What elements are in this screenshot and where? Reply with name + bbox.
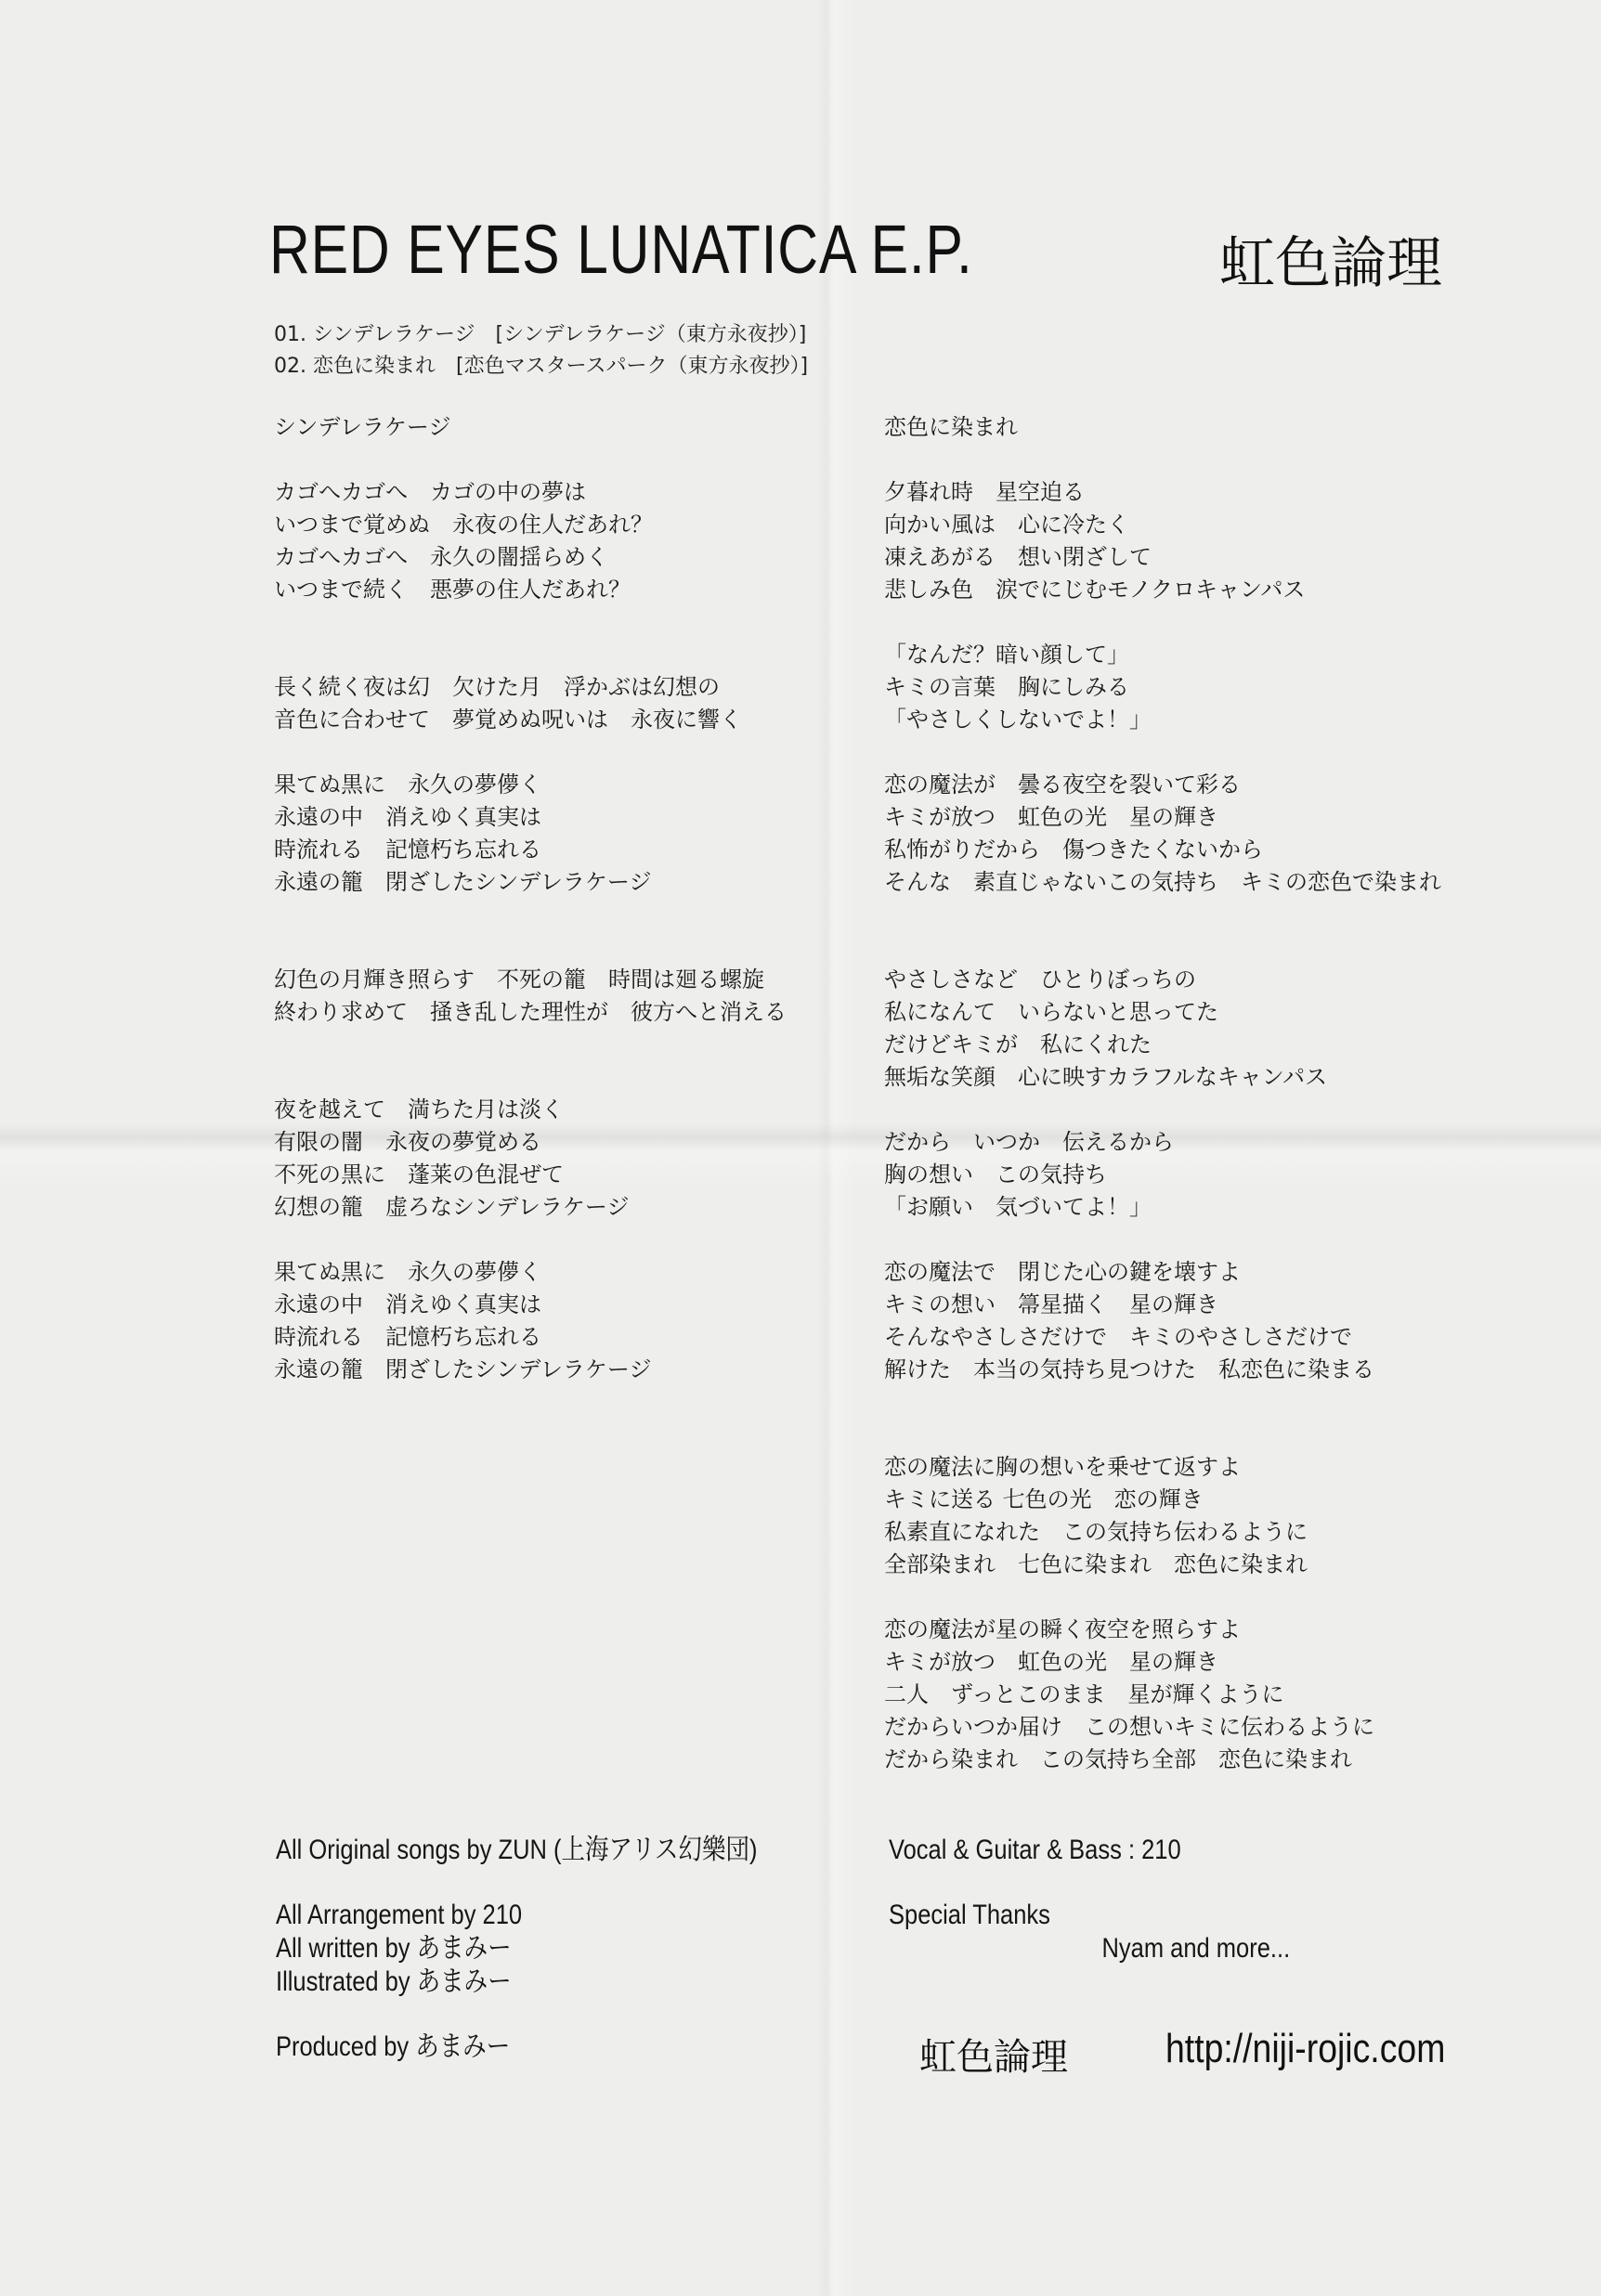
credit-arrangement: All Arrangement by 210	[276, 1899, 757, 1932]
lyric-line: キミの言葉 胸にしみる	[884, 671, 1441, 704]
footer-circle-name: 虹色論理	[919, 2028, 1068, 2081]
lyric-line: だからいつか届け この想いキミに伝わるように	[884, 1711, 1441, 1744]
stanza: 長く続く夜は幻 欠けた月 浮かぶは幻想の 音色に合わせて 夢覚めぬ呪いは 永夜に…	[274, 671, 787, 736]
lyric-line: 解けた 本当の気持ち見つけた 私恋色に染まる	[884, 1354, 1441, 1386]
stanza: 恋の魔法に胸の想いを乗せて返すよ キミに送る 七色の光 恋の輝き 私素直になれた…	[884, 1451, 1441, 1581]
stanza: やさしさなど ひとりぼっちの 私になんて いらないと思ってた だけどキミが 私に…	[884, 964, 1441, 1094]
lyric-line: 無垢な笑顔 心に映すカラフルなキャンパス	[884, 1061, 1441, 1094]
song-title: 恋色に染まれ	[884, 411, 1441, 444]
lyric-line: カゴへカゴへ 永久の闇揺らめく	[274, 541, 787, 574]
special-thanks-label: Special Thanks	[889, 1899, 1290, 1932]
lyric-line: 凍えあがる 想い閉ざして	[884, 541, 1441, 574]
stanza: 「なんだ？暗い顔して」 キミの言葉 胸にしみる 「やさしくしないでよ！」	[884, 639, 1441, 736]
lyric-line: 永遠の中 消えゆく真実は	[274, 1289, 787, 1321]
lyric-line: キミが放つ 虹色の光 星の輝き	[884, 1646, 1441, 1679]
lyric-line: 全部染まれ 七色に染まれ 恋色に染まれ	[884, 1549, 1441, 1581]
stanza: 夕暮れ時 星空迫る 向かい風は 心に冷たく 凍えあがる 想い閉ざして 悲しみ色 …	[884, 476, 1441, 606]
lyric-line: 二人 ずっとこのまま 星が輝くように	[884, 1679, 1441, 1711]
tracklist: 01. シンデレラケージ [シンデレラケージ（東方永夜抄）] 02. 恋色に染ま…	[274, 319, 808, 383]
stanza: 恋の魔法が 曇る夜空を裂いて彩る キミが放つ 虹色の光 星の輝き 私怖がりだから…	[884, 769, 1441, 899]
special-thanks-names: Nyam and more...	[889, 1932, 1290, 1965]
track-1: 01. シンデレラケージ [シンデレラケージ（東方永夜抄）]	[274, 319, 808, 351]
lyric-line: 永遠の籠 閉ざしたシンデレラケージ	[274, 1354, 787, 1386]
lyric-line: 有限の闇 永夜の夢覚める	[274, 1126, 787, 1159]
lyric-line: 果てぬ黒に 永久の夢儚く	[274, 1256, 787, 1289]
lyric-line: いつまで続く 悪夢の住人だあれ？	[274, 574, 787, 606]
footer-url: http://niji-rojic.com	[1165, 2026, 1445, 2072]
lyrics-song-2: 恋色に染まれ 夕暮れ時 星空迫る 向かい風は 心に冷たく 凍えあがる 想い閉ざし…	[884, 411, 1441, 1809]
lyric-line: 悲しみ色 涙でにじむモノクロキャンパス	[884, 574, 1441, 606]
lyric-line: 向かい風は 心に冷たく	[884, 509, 1441, 541]
lyric-line: 「お願い 気づいてよ！」	[884, 1191, 1441, 1224]
credits-left: All Original songs by ZUN (上海アリス幻樂団) All…	[276, 1834, 842, 2064]
stanza: 恋の魔法が星の瞬く夜空を照らすよ キミが放つ 虹色の光 星の輝き 二人 ずっとこ…	[884, 1614, 1441, 1776]
lyric-line: だから いつか 伝えるから	[884, 1126, 1441, 1159]
lyric-line: 時流れる 記憶朽ち忘れる	[274, 1321, 787, 1354]
lyric-line: だけどキミが 私にくれた	[884, 1029, 1441, 1061]
stanza: 果てぬ黒に 永久の夢儚く 永遠の中 消えゆく真実は 時流れる 記憶朽ち忘れる 永…	[274, 1256, 787, 1386]
lyric-line: 不死の黒に 蓬莱の色混ぜて	[274, 1159, 787, 1191]
credits-right: Vocal & Guitar & Bass : 210 Special Than…	[889, 1834, 1360, 1965]
lyric-line: 「なんだ？暗い顔して」	[884, 639, 1441, 671]
lyric-line: 夜を越えて 満ちた月は淡く	[274, 1094, 787, 1126]
lyric-line: 恋の魔法に胸の想いを乗せて返すよ	[884, 1451, 1441, 1484]
lyric-line: カゴへカゴへ カゴの中の夢は	[274, 476, 787, 509]
lyric-line: 「やさしくしないでよ！」	[884, 704, 1441, 736]
stanza: だから いつか 伝えるから 胸の想い この気持ち 「お願い 気づいてよ！」	[884, 1126, 1441, 1224]
credit-produced: Produced by あまみー	[276, 2030, 757, 2064]
stanza: カゴへカゴへ カゴの中の夢は いつまで覚めぬ 永夜の住人だあれ？ カゴへカゴへ …	[274, 476, 787, 606]
stanza: 夜を越えて 満ちた月は淡く 有限の闇 永夜の夢覚める 不死の黒に 蓬莱の色混ぜて…	[274, 1094, 787, 1224]
lyric-line: 幻色の月輝き照らす 不死の籠 時間は廻る螺旋	[274, 964, 787, 996]
lyric-line: 長く続く夜は幻 欠けた月 浮かぶは幻想の	[274, 671, 787, 704]
credit-written: All written by あまみー	[276, 1932, 757, 1965]
album-title: RED EYES LUNATICA E.P.	[269, 210, 973, 289]
lyric-line: 音色に合わせて 夢覚めぬ呪いは 永夜に響く	[274, 704, 787, 736]
lyric-line: 私になんて いらないと思ってた	[884, 996, 1441, 1029]
lyric-line: だから染まれ この気持ち全部 恋色に染まれ	[884, 1744, 1441, 1776]
lyric-line: 私怖がりだから 傷つきたくないから	[884, 834, 1441, 866]
lyric-line: 永遠の籠 閉ざしたシンデレラケージ	[274, 866, 787, 899]
lyric-line: 胸の想い この気持ち	[884, 1159, 1441, 1191]
lyric-line: 終わり求めて 掻き乱した理性が 彼方へと消える	[274, 996, 787, 1029]
credit-original: All Original songs by ZUN (上海アリス幻樂団)	[276, 1834, 757, 1867]
lyric-line: 恋の魔法が星の瞬く夜空を照らすよ	[884, 1614, 1441, 1646]
lyric-line: いつまで覚めぬ 永夜の住人だあれ？	[274, 509, 787, 541]
lyric-line: キミに送る 七色の光 恋の輝き	[884, 1484, 1441, 1516]
lyric-line: 恋の魔法が 曇る夜空を裂いて彩る	[884, 769, 1441, 801]
lyric-line: 私素直になれた この気持ち伝わるように	[884, 1516, 1441, 1549]
credit-vocal: Vocal & Guitar & Bass : 210	[889, 1834, 1290, 1867]
lyric-line: やさしさなど ひとりぼっちの	[884, 964, 1441, 996]
lyric-line: 夕暮れ時 星空迫る	[884, 476, 1441, 509]
circle-name: 虹色論理	[1219, 219, 1442, 299]
lyric-line: 幻想の籠 虚ろなシンデレラケージ	[274, 1191, 787, 1224]
stanza: 幻色の月輝き照らす 不死の籠 時間は廻る螺旋 終わり求めて 掻き乱した理性が 彼…	[274, 964, 787, 1029]
lyric-line: キミが放つ 虹色の光 星の輝き	[884, 801, 1441, 834]
credit-illustrated: Illustrated by あまみー	[276, 1965, 757, 1999]
track-2: 02. 恋色に染まれ [恋色マスタースパーク（東方永夜抄）]	[274, 351, 808, 383]
lyric-line: そんな 素直じゃないこの気持ち キミの恋色で染まれ	[884, 866, 1441, 899]
song-title: シンデレラケージ	[274, 411, 787, 444]
lyric-line: 恋の魔法で 閉じた心の鍵を壊すよ	[884, 1256, 1441, 1289]
lyric-line: 果てぬ黒に 永久の夢儚く	[274, 769, 787, 801]
lyric-line: そんなやさしさだけで キミのやさしさだけで	[884, 1321, 1441, 1354]
stanza: 果てぬ黒に 永久の夢儚く 永遠の中 消えゆく真実は 時流れる 記憶朽ち忘れる 永…	[274, 769, 787, 899]
stanza: 恋の魔法で 閉じた心の鍵を壊すよ キミの想い 箒星描く 星の輝き そんなやさしさ…	[884, 1256, 1441, 1386]
lyrics-song-1: シンデレラケージ カゴへカゴへ カゴの中の夢は いつまで覚めぬ 永夜の住人だあれ…	[274, 411, 787, 1419]
lyric-line: 永遠の中 消えゆく真実は	[274, 801, 787, 834]
lyric-line: 時流れる 記憶朽ち忘れる	[274, 834, 787, 866]
lyric-line: キミの想い 箒星描く 星の輝き	[884, 1289, 1441, 1321]
